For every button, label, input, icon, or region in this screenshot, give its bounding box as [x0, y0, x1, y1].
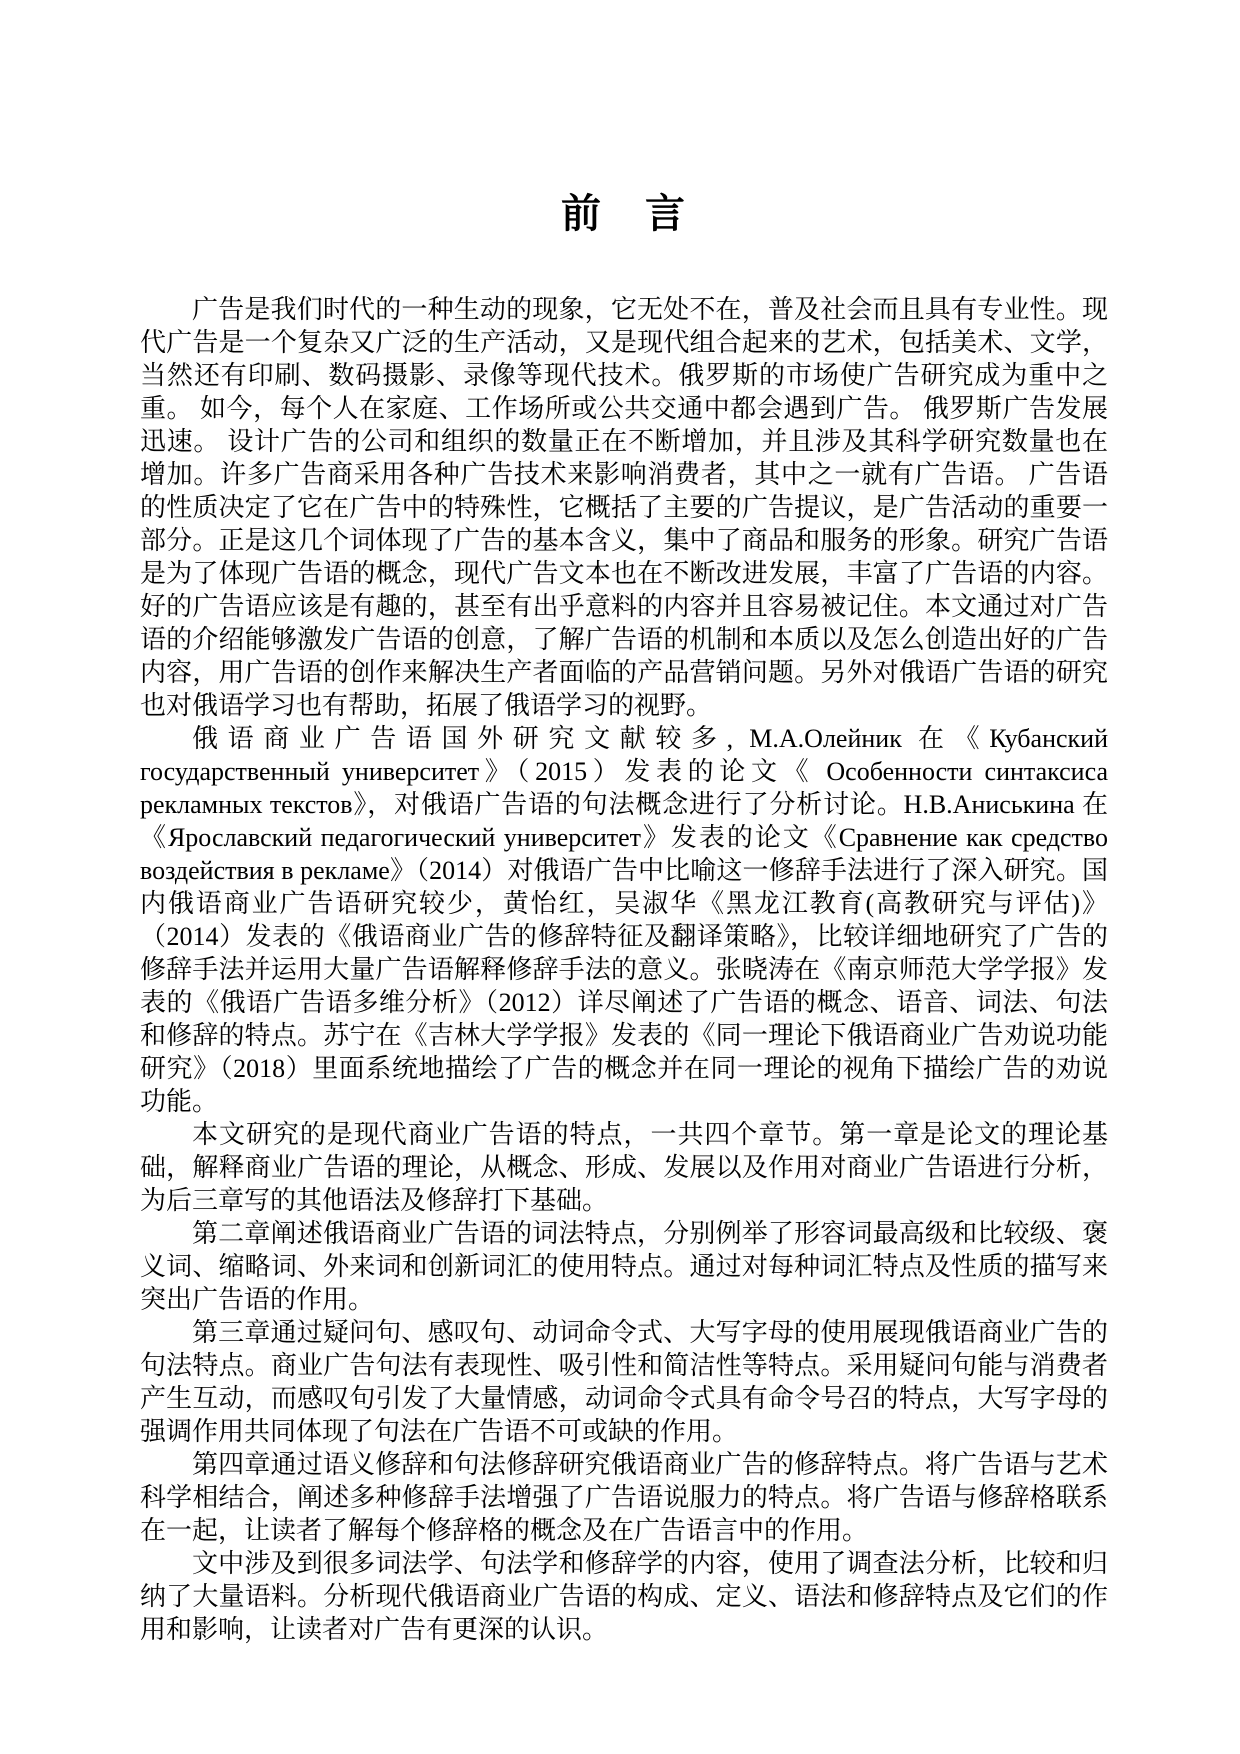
paragraph: 文中涉及到很多词法学、句法学和修辞学的内容，使用了调查法分析，比较和归纳了大量语… [140, 1547, 1108, 1646]
page-title: 前 言 [140, 190, 1108, 238]
page-number: 1 [467, 1613, 478, 1637]
paragraph: 第二章阐述俄语商业广告语的词法特点，分别例举了形容词最高级和比较级、褒义词、缩略… [140, 1217, 1108, 1316]
paragraph: 第四章通过语义修辞和句法修辞研究俄语商业广告的修辞特点。将广告语与艺术科学相结合… [140, 1448, 1108, 1547]
paragraph: 广告是我们时代的一种生动的现象，它无处不在，普及社会而且具有专业性。现代广告是一… [140, 293, 1108, 722]
paragraph: 俄语商业广告语国外研究文献较多, М.А.Олейник 在《Кубанский… [140, 722, 1108, 1118]
document-page: 前 言 广告是我们时代的一种生动的现象，它无处不在，普及社会而且具有专业性。现代… [0, 0, 1240, 1754]
body-text: 广告是我们时代的一种生动的现象，它无处不在，普及社会而且具有专业性。现代广告是一… [140, 293, 1108, 1646]
paragraph: 第三章通过疑问句、感叹句、动词命令式、大写字母的使用展现俄语商业广告的句法特点。… [140, 1316, 1108, 1448]
paragraph: 本文研究的是现代商业广告语的特点，一共四个章节。第一章是论文的理论基础，解释商业… [140, 1118, 1108, 1217]
